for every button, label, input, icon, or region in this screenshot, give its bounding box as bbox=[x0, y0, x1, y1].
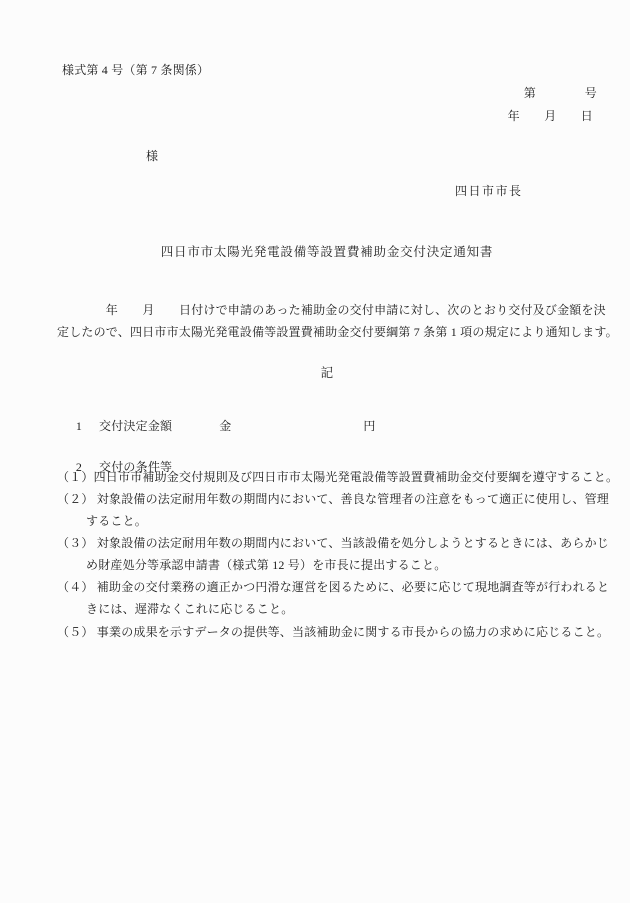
document-page: 様式第 4 号（第 7 条関係） 第 号 年 月 日 様 四日市市長 四日市市太… bbox=[0, 0, 630, 903]
condition-3-line-2: め財産処分等承認申請書（様式第 12 号）を市長に提出すること。 bbox=[86, 559, 446, 573]
body-paragraph-line-2: 定したので、四日市市太陽光発電設備等設置費補助金交付要綱第 7 条第 1 項の規… bbox=[57, 326, 618, 340]
item-grant-amount: 1交付決定金額金円 bbox=[63, 406, 376, 447]
amount-prefix: 金 bbox=[219, 419, 231, 433]
condition-5-line-1: （５） 事業の成果を示すデータの提供等、当該補助金に関する市長からの協力の求めに… bbox=[57, 626, 609, 640]
addressee-suffix: 様 bbox=[146, 150, 158, 164]
condition-2-line-1: （２） 対象設備の法定耐用年数の期間内において、善良な管理者の注意をもって適正に… bbox=[57, 493, 609, 507]
condition-3-line-1: （３） 対象設備の法定耐用年数の期間内において、当該設備を処分しようとするときに… bbox=[57, 537, 609, 551]
item1-label: 交付決定金額 bbox=[99, 419, 172, 433]
sender-title: 四日市市長 bbox=[455, 185, 523, 199]
form-note: 様式第 4 号（第 7 条関係） bbox=[62, 64, 209, 78]
condition-1-line-1: （１）四日市市補助金交付規則及び四日市市太陽光発電設備等設置費補助金交付要綱を遵… bbox=[57, 471, 618, 485]
date-line: 年 月 日 bbox=[508, 110, 593, 124]
amount-unit: 円 bbox=[363, 419, 375, 433]
body-paragraph-line-1: 年 月 日付けで申請のあった補助金の交付申請に対し、次のとおり交付及び金額を決 bbox=[57, 304, 606, 318]
document-number-line: 第 号 bbox=[524, 87, 597, 101]
condition-2-line-2: すること。 bbox=[86, 515, 147, 529]
ki-marker: 記 bbox=[57, 366, 597, 380]
document-title: 四日市市太陽光発電設備等設置費補助金交付決定通知書 bbox=[57, 245, 597, 259]
item1-number: 1 bbox=[76, 419, 82, 433]
condition-4-line-1: （４） 補助金の交付業務の適正かつ円滑な運営を図るために、必要に応じて現地調査等… bbox=[57, 581, 609, 595]
condition-4-line-2: きには、遅滞なくこれに応じること。 bbox=[86, 603, 293, 617]
